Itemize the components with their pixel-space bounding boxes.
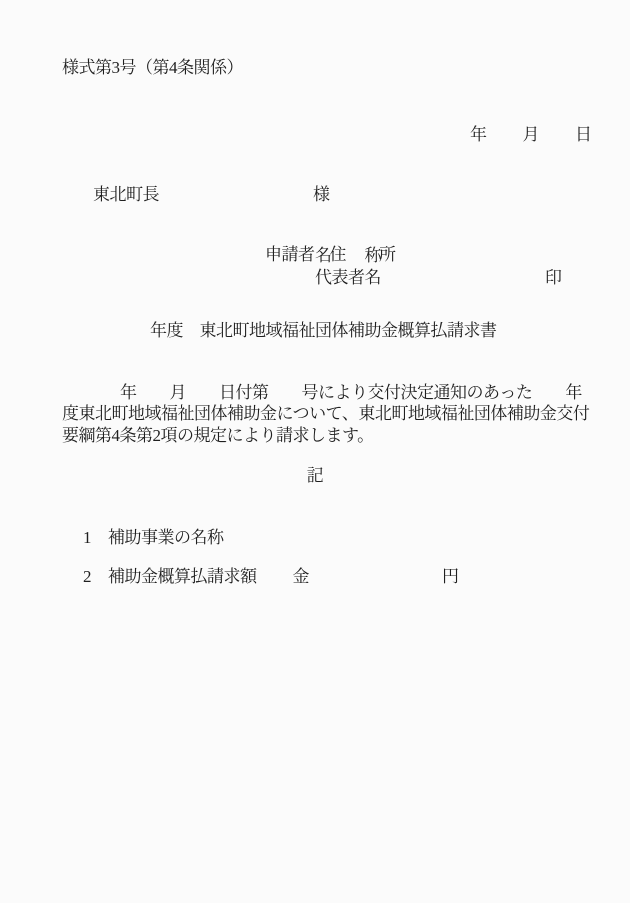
- date-line: 年月日: [455, 102, 592, 168]
- list-item-2: 2補助金概算払請求額金円: [68, 544, 459, 610]
- date-month-label: 月: [523, 125, 540, 144]
- applicant-name-label: 名 称: [315, 245, 381, 267]
- date-day-label: 日: [575, 125, 592, 144]
- body-paragraph-line-2: 度東北町地域福祉団体補助金について、東北町地域福祉団体補助金交付: [62, 403, 589, 425]
- addressee-line: 東北町長様: [78, 162, 330, 228]
- date-year-label: 年: [470, 125, 487, 144]
- item-2-amount-suffix: 円: [442, 567, 459, 586]
- item-2-number: 2: [83, 567, 91, 586]
- applicant-representative-label: 代表者名: [315, 267, 381, 289]
- record-marker: 記: [0, 465, 630, 487]
- document-title: 年度 東北町地域福祉団体補助金概算払請求書: [150, 320, 497, 342]
- form-number: 様式第3号（第4条関係）: [62, 57, 243, 79]
- applicant-label: 申請者: [265, 245, 315, 264]
- body-paragraph-line-1: 年 月 日付第 号により交付決定通知のあった 年: [120, 382, 582, 404]
- document-page: 様式第3号（第4条関係） 年月日 東北町長様 申請者住 所 名 称 代表者名 印…: [0, 0, 630, 903]
- addressee-name: 東北町長: [93, 185, 159, 204]
- item-2-label: 補助金概算払請求額: [108, 567, 257, 586]
- addressee-honorific: 様: [313, 185, 330, 204]
- body-paragraph-line-3: 要綱第4条第2項の規定により請求します。: [62, 425, 374, 447]
- item-2-amount-prefix: 金: [293, 567, 310, 586]
- seal-label: 印: [545, 267, 562, 289]
